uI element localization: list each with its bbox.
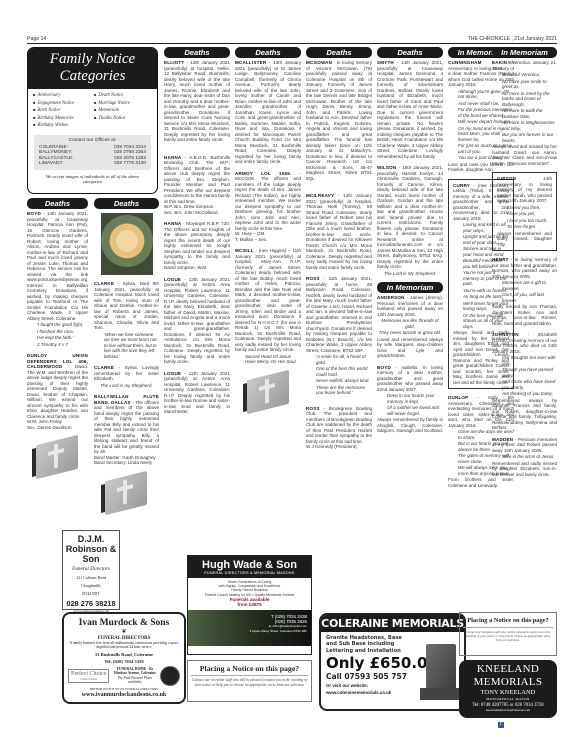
column-6: Deaths SMYTH - 14th January 2021, peacef… <box>377 47 443 440</box>
section-header-deaths: Deaths <box>27 198 88 209</box>
bible-icon <box>30 438 85 480</box>
office-row: LIMAVADY:028 7776 2130 <box>39 161 146 166</box>
notice-boyd-memoriam: BOYD - Isabella. In loving memory of a d… <box>377 365 443 434</box>
page-header: Page 14 THE CHRONICLE , 21st January 202… <box>27 33 557 44</box>
offices-box: Contact our Offices at: COLERAINE:028 70… <box>34 135 151 170</box>
ornament-icon: ❦ <box>68 629 180 636</box>
section-header-deaths: Deaths <box>306 47 372 58</box>
column-1: Deaths BOYD - 14th January 2021, peacefu… <box>27 198 88 488</box>
column-2: Deaths CLARKE - Sylvia. Died 9th January… <box>94 198 159 524</box>
ad-coleraine-memorials: COLERAINE MEMORIALS Granite Headstones, … <box>319 613 466 711</box>
category-item: Anniversary <box>33 92 91 100</box>
notice-mcgill: MCGILL - (nee Higgins) – 11th January 20… <box>235 248 301 365</box>
category-item: Thanks Notice <box>94 115 152 123</box>
ad-kneeland-memorials: KNEELAND MEMORIALS TONY KNEELAND MONUMEN… <box>459 660 557 718</box>
facebook-link[interactable]: fFind us onFacebook <box>498 721 519 729</box>
section-header-in-memoriam: In Memoriam <box>377 282 443 293</box>
notice-ross: ROSS - 11th January 2021, peacefully at … <box>306 276 372 396</box>
ad-djm-robinson: D.J.M. Robinson & Son Funeral Directors … <box>62 530 120 610</box>
category-item: Engagement Notice <box>33 100 91 108</box>
notice-logue: LOGUE - 12th January 2021 (peacefully) a… <box>164 277 230 365</box>
notice-eakin: EAKIN - Veronica. January 21, 2014. Beau… <box>492 60 557 166</box>
column-8-content: In Memoriam EAKIN - Veronica. January 21… <box>492 47 557 483</box>
notice-hanna-2: HANNA - Moyarget R.B.P. 730. The Officer… <box>164 221 230 271</box>
notice-smyth: SMYTH - 14th January 2021, peacefully at… <box>377 60 443 159</box>
notice-mcgowan: MCGOWAN - In loving memory of Vincent Mc… <box>306 60 372 181</box>
section-header-deaths: Deaths <box>377 47 443 58</box>
section-header-deaths: Deaths <box>235 47 301 58</box>
placing-notice-box: Placing a Notice on this page? Contact o… <box>187 660 312 702</box>
perfect-choice-logo: Perfect ChoiceFuneral Plans <box>68 669 109 683</box>
section-header-deaths: Deaths <box>94 198 159 209</box>
notice-dunloy: DUNLOY UNION DEFENDERS LOL 406, CALDERWO… <box>27 353 88 430</box>
notice-clarke-2: CLARKE - Sylvia. Lovingly remembered by … <box>94 365 159 388</box>
facebook-icon: f <box>498 722 504 728</box>
notice-logue-2: LOGUE - 12th January 2021 (peacefully) a… <box>164 371 230 415</box>
category-item: Birthday Wishes <box>33 122 91 130</box>
headstone-image <box>426 644 456 694</box>
bifd-seal-icon <box>160 666 180 686</box>
category-item: Memoriam <box>94 107 152 115</box>
column-5: Deaths MCGOWAN - In loving memory of Vin… <box>306 47 372 456</box>
notice-anderson: ANDERSON - James (Jimmy). Precious memor… <box>377 295 443 359</box>
notice-johnston: JOHNSTON - Elizabeth (Lizzie). In loving… <box>492 332 557 431</box>
ad-ivan-murdock: Ivan Murdock & Sons ❦ FUNERAL DIRECTORS … <box>62 612 186 704</box>
bible-icon <box>241 373 296 415</box>
column-4: Deaths MCALLISTER - 13th January 2021 (p… <box>235 47 301 423</box>
newspaper-page: Page 14 THE CHRONICLE , 21st January 202… <box>27 0 557 737</box>
edition-date: THE CHRONICLE , 21st January 2021 <box>468 36 557 42</box>
page-number: Page 14 <box>27 36 46 42</box>
notice-henry: HENRY - In loving memory of our dear fat… <box>492 257 557 326</box>
notice-wilson: WILSON - 15th January 2021, peacefully, … <box>377 165 443 276</box>
family-notice-categories: Family Notice Categories Anniversary Dea… <box>27 47 158 194</box>
notice-clarke: CLARKE - Sylvia. Died 9th January 2021, … <box>94 281 159 359</box>
notice-hanna: HANNA - A.B.O.D. Bushmills Browning Club… <box>164 155 230 216</box>
category-item: Marriage Notice <box>94 100 152 108</box>
notice-mcilreavy: MCILREAVY - 12th January 2021 (peacefull… <box>306 193 372 270</box>
categories-title: Family Notice Categories <box>28 48 157 89</box>
section-header-deaths: Deaths <box>164 47 230 58</box>
notice-ross-2: ROSS - Brookgreen Bowling Club. The pres… <box>306 406 372 450</box>
notice-gibson: GIBSON - 14th Anniversary. In loving mem… <box>492 172 557 251</box>
notice-elliott: ELLIOTT - 13th January 2021 (peacefully)… <box>164 60 230 143</box>
notice-mcallister: MCALLISTER - 13th January 2021 (peaceful… <box>235 60 301 165</box>
notice-ballywillan: BALLYWILLAN FLUTE BAND. DALLAS - The off… <box>94 394 159 466</box>
notice-boyd: BOYD - 14th January 2021, peacefully at … <box>27 211 88 347</box>
accept-images-note: We accept images of individuals in all o… <box>28 172 157 187</box>
section-header-in-memoriam: In Memoriam <box>492 47 557 58</box>
ad-hugh-wade: Hugh Wade & Son FUNERAL DIRECTORS & MEMO… <box>187 555 312 655</box>
column-3: Deaths ELLIOTT - 13th January 2021 (peac… <box>164 47 230 421</box>
categories-list: Anniversary Death Notice Engagement Noti… <box>28 89 157 133</box>
bible-icon <box>99 474 154 516</box>
placing-notice-box-2: Placing a Notice on this page? Contact o… <box>459 612 557 656</box>
notice-madden: MADDEN - Precious memories of my dear da… <box>492 437 557 478</box>
portrait-photo <box>101 213 153 275</box>
category-item: Birth Notice <box>33 107 91 115</box>
category-item: Death Notice <box>94 92 152 100</box>
notice-armoy: ARMOY LOL 1065. - McCOOK. The officers a… <box>235 171 301 243</box>
category-item: Birthday Memories <box>33 115 91 123</box>
